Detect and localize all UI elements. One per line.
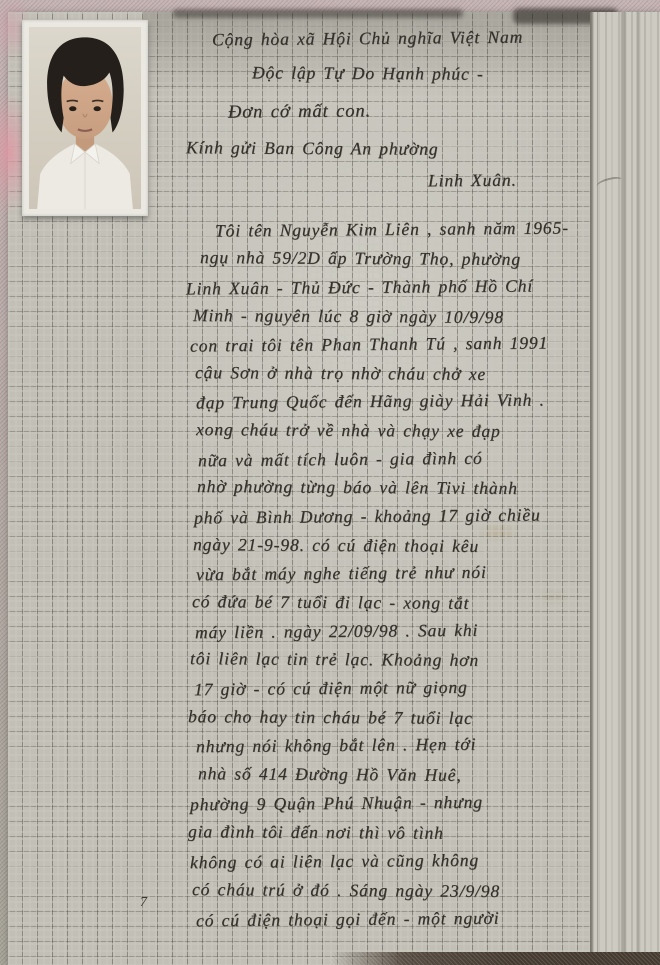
body-line: con trai tôi tên Phan Thanh Tú , sanh 19… <box>190 332 548 356</box>
salutation-line: Kính gửi Ban Công An phường <box>186 137 439 160</box>
body-line: không có ai liên lạc và cũng không <box>190 850 479 874</box>
body-line: vừa bắt máy nghe tiếng trẻ như nói <box>196 562 487 586</box>
body-line: máy liền . ngày 22/09/98 . Sau khi <box>195 620 478 643</box>
body-line: đạp Trung Quốc đến Hãng giày Hải Vinh . <box>196 389 545 413</box>
body-line: có đứa bé 7 tuổi đi lạc - xong tắt <box>192 591 469 614</box>
body-line: nhà số 414 Đường Hồ Văn Huê, <box>198 763 462 786</box>
salutation-place: Linh Xuân. <box>428 170 517 192</box>
photographed-document: Cộng hòa xã Hội Chủ nghĩa Việt Nam Độc l… <box>0 0 660 965</box>
body-line: tôi liên lạc tin trẻ lạc. Khoảng hơn <box>190 648 479 671</box>
body-line: 17 giờ - có cú điện một nữ giọng <box>194 677 468 700</box>
body-line: Linh Xuân - Thủ Đức - Thành phố Hồ Chí <box>186 275 533 299</box>
body-line: Minh - nguyên lúc 8 giờ ngày 10/9/98 <box>193 305 504 328</box>
body-line: xong cháu trở về nhà và chạy xe đạp <box>196 419 501 442</box>
body-line: cậu Sơn ở nhà trọ nhờ cháu chở xe <box>195 362 486 385</box>
body-line: ngày 21-9-98. có cú điện thoại kêu <box>193 534 479 557</box>
header-line-1: Cộng hòa xã Hội Chủ nghĩa Việt Nam <box>212 27 523 51</box>
body-line: phố và Bình Dương - khoảng 17 giờ chiều <box>194 504 541 528</box>
body-line: báo cho hay tin cháu bé 7 tuổi lạc <box>188 706 473 729</box>
body-line: ngụ nhà 59/2D ấp Trường Thọ, phường <box>200 247 521 270</box>
handwriting-layer: Cộng hòa xã Hội Chủ nghĩa Việt Nam Độc l… <box>0 0 660 965</box>
body-line: gia đình tôi đến nơi thì vô tình <box>188 821 444 844</box>
margin-tick-mark: 7 <box>140 895 147 911</box>
body-line: nữa và mất tích luôn - gia đình có <box>198 448 483 471</box>
header-line-2: Độc lập Tự Do Hạnh phúc - <box>252 62 484 84</box>
body-line: có cháu trú ở đó . Sáng ngày 23/9/98 <box>192 879 500 902</box>
body-line: có cú điện thoại gọi đến - một người <box>196 908 500 932</box>
body-line: phường 9 Quận Phú Nhuận - nhưng <box>190 792 483 816</box>
document-title: Đơn cớ mất con. <box>228 101 371 123</box>
body-line: nhưng nói không bắt lên . Hẹn tới <box>196 734 477 757</box>
body-line: Tôi tên Nguyễn Kim Liên , sanh năm 1965- <box>215 217 569 241</box>
body-line: nhờ phường từng báo và lên Tivi thành <box>197 476 518 499</box>
